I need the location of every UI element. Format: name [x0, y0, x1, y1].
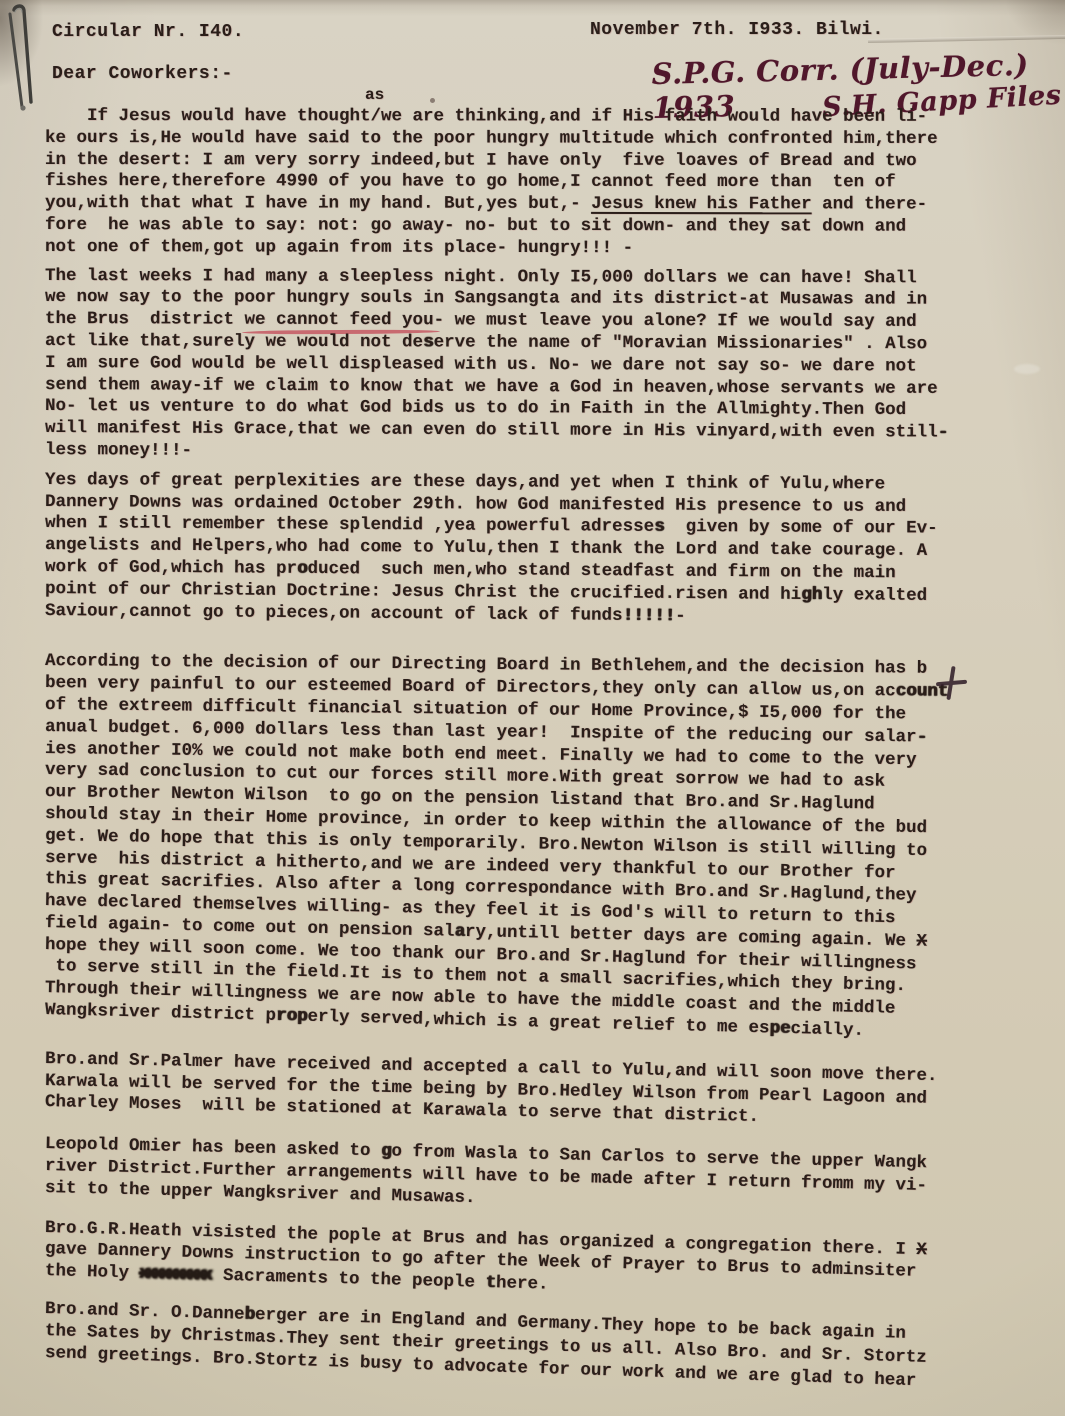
typed-line: in the desert: I am very sorry indeed,bu…	[45, 150, 1005, 173]
paper-crease	[868, 35, 1065, 43]
paragraph: According to the decision of our Directi…	[45, 651, 1005, 1022]
typed-line: not one of them,got up again from its pl…	[45, 237, 1005, 261]
typed-line: fishes here,therefore 4990 of you have t…	[45, 171, 1005, 194]
typed-text: X	[916, 931, 927, 951]
typed-text: and there-	[812, 194, 928, 214]
typed-text: act like that,surely we would not de	[45, 331, 423, 352]
typed-text: -	[675, 606, 686, 626]
typed-text: X	[916, 1240, 927, 1260]
typed-text: here.	[496, 1273, 549, 1294]
red-underlined-text: we cannot feed you	[245, 310, 434, 331]
typed-text: erve the name of "Moravian Missionaries"…	[434, 332, 928, 354]
paperclip-icon	[0, 4, 40, 116]
typed-text: you,with that what I have in my hand. Bu…	[45, 193, 591, 214]
typed-text: s	[423, 332, 434, 352]
paragraph: Bro.and Sr.Palmer have received and acce…	[45, 1049, 1005, 1114]
typed-text: Saviour,cannot go to pieces,on account o…	[45, 601, 623, 626]
typed-text: fore he was able to say: not: go away- n…	[45, 215, 906, 237]
typed-text: a	[454, 922, 465, 942]
typed-text: I am sure God would be well displeased w…	[45, 353, 917, 376]
ink-speck	[430, 98, 435, 103]
salutation: Dear Coworkers:-	[52, 64, 233, 84]
typed-text: Jesus knew his Father	[591, 194, 812, 214]
date-line: November 7th. I933. Bilwi.	[590, 20, 884, 40]
typed-text: cially.	[790, 1019, 864, 1041]
typed-text: given by some of our Ev-	[665, 517, 938, 539]
typed-text: s	[654, 517, 665, 537]
typed-text: less money!!!-	[45, 440, 192, 461]
circular-number: Circular Nr. I40.	[52, 22, 244, 42]
typed-text: !!!!!	[623, 605, 676, 625]
typed-line: the Brus district we cannot feed you- we…	[45, 309, 1005, 334]
paragraph: Bro.G.R.Heath visisted the pople at Brus…	[45, 1218, 1005, 1283]
paragraph: If Jesus would have thought/we are think…	[45, 106, 1005, 259]
overstruck-word: xxxxxxxxxx	[139, 1264, 210, 1286]
typed-text: when I still remember these splendid ,ye…	[45, 513, 654, 537]
typed-line: If Jesus would have thought/we are think…	[45, 106, 1005, 129]
typed-text: we now say to the poor hungry souls in S…	[45, 287, 927, 310]
typed-text: duced such men,who stand steadfast and f…	[307, 559, 895, 583]
typed-line: fore he was able to say: not: go away- n…	[45, 215, 1005, 239]
paper-scuff	[1014, 364, 1040, 374]
typed-text: - we must leave you alone? If we would s…	[434, 310, 917, 332]
pen-mark-icon	[932, 666, 972, 702]
typed-text: ke ours is,He would have said to the poo…	[45, 128, 938, 149]
typed-line: you,with that what I have in my hand. Bu…	[45, 193, 1005, 216]
paragraph: Leopold Omier has been asked to go from …	[45, 1134, 1005, 1199]
typed-text: will manifest His Grace,that we can even…	[45, 418, 938, 443]
typed-text: send them away-if we claim to know that …	[45, 375, 938, 399]
typed-text: not one of them,got up again from its pl…	[45, 237, 633, 258]
typed-text: work of God,which has pr	[45, 557, 297, 579]
paragraph: The last weeks I had many a sleepless ni…	[45, 266, 1005, 462]
typed-line: we now say to the poor hungry souls in S…	[45, 287, 1005, 312]
scanned-letter-page: Circular Nr. I40. November 7th. I933. Bi…	[0, 0, 1065, 1416]
typed-text: pe	[769, 1019, 791, 1040]
typed-text: b	[244, 1305, 255, 1325]
typed-text: If Jesus would have thought/we are think…	[45, 106, 927, 127]
typed-insertion-word: as	[365, 86, 384, 104]
typed-line: act like that,surely we would not deserv…	[45, 331, 1005, 356]
typed-text: fishes here,therefore 4990 of you have t…	[45, 171, 896, 192]
paragraph: Bro.and Sr. O.Danneberger are in England…	[45, 1299, 1005, 1364]
typed-line: The last weeks I had many a sleepless ni…	[45, 266, 1005, 290]
typed-text: the Holy	[45, 1261, 140, 1284]
typed-line: I am sure God would be well displeased w…	[45, 353, 1005, 379]
typed-text: the Brus district	[45, 309, 245, 330]
typed-text: Yes days of great perplexities are these…	[45, 470, 885, 494]
typed-text: in the desert: I am very sorry indeed,bu…	[45, 150, 917, 171]
typed-text: gh	[801, 585, 822, 605]
typed-text: ly exalted	[822, 585, 927, 606]
typed-line: less money!!!-	[45, 440, 1005, 467]
paragraph: Yes days of great perplexities are these…	[45, 470, 1005, 623]
typed-text: g	[381, 1142, 392, 1162]
typed-text: The last weeks I had many a sleepless ni…	[45, 266, 917, 288]
typed-text: o	[297, 559, 308, 579]
typed-text: No- let us venture to do what God bids u…	[45, 396, 906, 420]
typed-text: Dannery Downs was ordained October 29th.…	[45, 492, 906, 517]
typed-text: rop	[276, 1006, 308, 1027]
typed-text: -	[938, 423, 949, 443]
typed-text: t	[485, 1273, 496, 1293]
typed-line: ke ours is,He would have said to the poo…	[45, 128, 1005, 151]
typed-text: -	[916, 727, 927, 747]
document-body: as If Jesus would have thought/we are th…	[45, 106, 1005, 1364]
